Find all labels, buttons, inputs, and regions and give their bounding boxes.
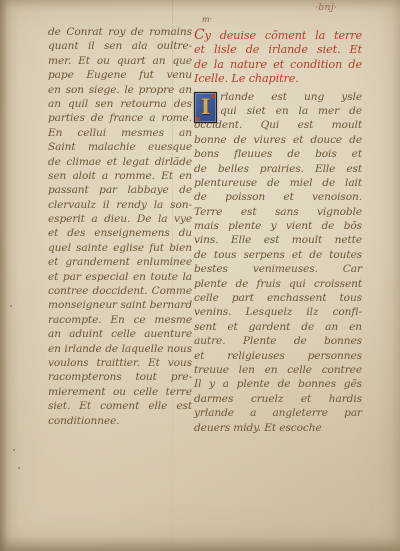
text-line: et grandement enluminee — [48, 255, 192, 269]
text-line: Il y a plente de bonnes gẽs — [194, 377, 362, 391]
left-text-column: de Conrat roy de romains quant il sen al… — [48, 25, 192, 428]
text-line: parties de france a rome. — [48, 111, 192, 125]
ink-speck — [18, 467, 20, 469]
text-line: bonne de viures et douce de — [194, 133, 362, 147]
text-line: qui siet en la mer de — [194, 104, 362, 118]
text-line: Terre est sans vignoble — [194, 205, 362, 219]
text-line: de climae et legat dirlãde — [48, 155, 192, 169]
text-line: quant il sen ala oultre- — [48, 39, 192, 53]
text-line: En cellui mesmes an — [48, 126, 192, 140]
ink-speck — [13, 449, 15, 451]
text-line: contree doccident. Comme — [48, 284, 192, 298]
manuscript-page: ·bnj· m· de Conrat roy de romains quant … — [0, 0, 400, 551]
text-line: bons fleuues de bois et — [194, 147, 362, 161]
text-line: Saint malachie euesque — [48, 140, 192, 154]
text-line: conditionnee. — [48, 414, 192, 428]
text-line: et des enseignemens du — [48, 226, 192, 240]
text-line: an aduint celle auenture — [48, 327, 192, 341]
text-line: en irlande de laquelle nous — [48, 342, 192, 356]
text-line: bestes venimeuses. Car — [194, 262, 362, 276]
rubric-line: Icelle. Le chapitre. — [194, 72, 362, 86]
text-line: de tous serpens et de toutes — [194, 248, 362, 262]
rubric-heading: Cy deuise cõment la terre et lisle de ir… — [194, 29, 362, 87]
text-line: de belles prairies. Elle est — [194, 162, 362, 176]
text-line: monseigneur saint bernard — [48, 298, 192, 312]
text-line: sen aloit a romme. Et en — [48, 169, 192, 183]
text-line: vins. Elle est moult nette — [194, 233, 362, 247]
text-line: et religieuses personnes — [194, 349, 362, 363]
text-line: en son siege. le propre an — [48, 83, 192, 97]
text-line: clervaulz il rendy la son- — [48, 198, 192, 212]
text-line: plentureuse de miel de lait — [194, 176, 362, 190]
text-line: yrlande a angleterre par — [194, 406, 362, 420]
text-line: sent et gardent de an en — [194, 320, 362, 334]
text-line: mais plente y vient de bõs — [194, 219, 362, 233]
folio-number: ·bnj· — [315, 3, 338, 13]
text-line: racompte. En ce mesme — [48, 313, 192, 327]
text-line: an quil sen retourna des — [48, 97, 192, 111]
text-line: de Conrat roy de romains — [48, 25, 192, 39]
rubric-line: et lisle de irlande siet. Et — [194, 43, 362, 57]
text-line: occident. Qui est moult — [194, 118, 362, 132]
text-line: mierement ou celle terre — [48, 385, 192, 399]
text-line: venins. Lesquelz ilz confi- — [194, 305, 362, 319]
text-line: deuers midy. Et escoche — [194, 421, 362, 435]
text-line: plente de fruis qui croissent — [194, 277, 362, 291]
text-line: celle part enchassent tous — [194, 291, 362, 305]
ink-speck — [10, 305, 12, 307]
text-line: rlande est ung ysle — [194, 90, 362, 104]
text-line: voulons traittier. Et vous — [48, 356, 192, 370]
text-line: treuue len en celle contree — [194, 363, 362, 377]
text-line: darmes cruelz et hardis — [194, 392, 362, 406]
initial-letter-glyph: I — [195, 93, 216, 122]
rubric-line: de la nature et condition de — [194, 58, 362, 72]
text-line: pape Eugene fut venu — [48, 68, 192, 82]
chapter-body: I rlande est ung ysle qui siet en la mer… — [194, 90, 362, 435]
text-line: racompterons tout pre- — [48, 370, 192, 384]
text-line: et par especial en toute la — [48, 270, 192, 284]
rubric-line: Cy deuise cõment la terre — [194, 29, 362, 43]
marginal-mark: m· — [202, 15, 212, 24]
text-line: passant par labbaye de — [48, 183, 192, 197]
text-line: autre. Plente de bonnes — [194, 334, 362, 348]
text-line: siet. Et coment elle est — [48, 399, 192, 413]
text-line: de poisson et venoison. — [194, 190, 362, 204]
text-line: mer. Et ou quart an que — [48, 54, 192, 68]
illuminated-initial: I — [194, 92, 217, 123]
text-line: esperit a dieu. De la vye — [48, 212, 192, 226]
text-line: quel sainte eglise fut bien — [48, 241, 192, 255]
right-text-column: Cy deuise cõment la terre et lisle de ir… — [194, 29, 362, 435]
